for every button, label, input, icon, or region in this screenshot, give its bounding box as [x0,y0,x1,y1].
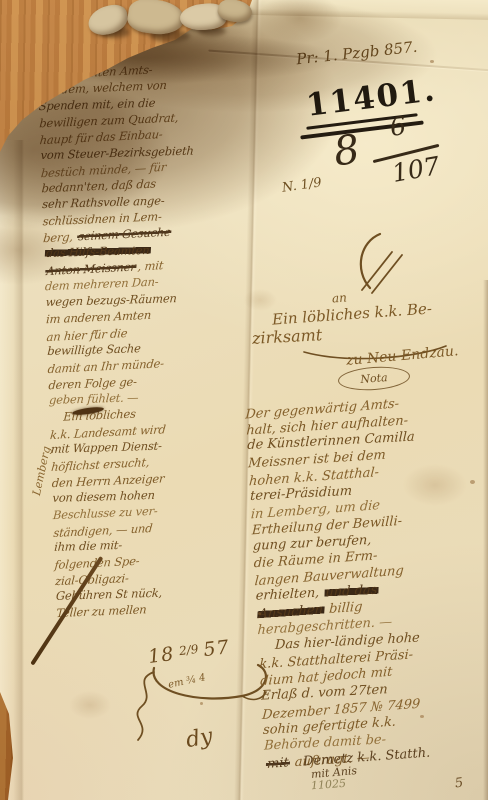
foxing-speck [430,60,434,63]
pencil-number: 11025 [311,777,347,792]
address-line-1: Ein löbliches k.k. Be- [272,299,433,328]
paraph-dy: dy [184,724,214,753]
paraph-flourish [348,230,404,294]
manuscript-paper: Im benannten Amts-aus dem, welchem vonSp… [0,0,488,800]
right-text-column: Der gegenwärtig Amts-halt, sich hier auf… [244,393,488,773]
foxing-speck [200,702,203,705]
case-number: 11401. [304,72,438,124]
vertical-squiggle-flourish [126,668,160,744]
foxing-speck [420,715,424,718]
foxing-speck [470,480,475,484]
left-text-column: Im benannten Amts-aus dem, welchem vonSp… [36,59,259,621]
date-fraction: 2/9 [178,642,199,658]
address-salutation: an [332,290,348,305]
date-underline-flourish [146,658,276,706]
foxing-speck [95,330,98,333]
folio-number: 8 [331,126,363,175]
manuscript-photo: Im benannten Amts-aus dem, welchem vonSp… [0,0,488,800]
file-mark: N. 1/9 [281,175,322,195]
foxing-speck [258,612,261,615]
page-number: 5 [454,775,464,791]
